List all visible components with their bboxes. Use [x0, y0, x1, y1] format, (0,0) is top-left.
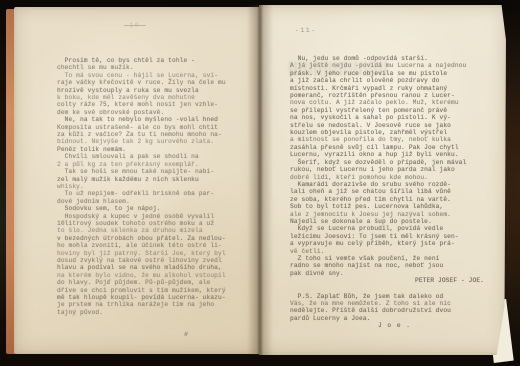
text-line: místnosti. Krčmáři vypadl z ruky ohmatan…	[290, 85, 498, 92]
text-line: dříve se chci promluvit s tím mužíkem, k…	[57, 287, 253, 294]
text-line: rukou, neboť Lucernu i jeho parda znal j…	[290, 166, 498, 173]
text-line: raje váčky křečovitě v ruce. Žíly na čel…	[57, 79, 253, 86]
left-page-body: Prosím tě, co bys chtěl za tohle -checht…	[57, 57, 253, 316]
text-line: Vás, že na mne nemůžete. Z toho si ale n…	[290, 300, 498, 307]
author-signature: PETER JOSEF - JOE.	[290, 277, 498, 284]
text-line: pak divné sny.	[290, 270, 498, 277]
postscript: P.S. Zaplať Bůh, že jsem tak daleko odVá…	[290, 293, 498, 323]
text-line: Z toho si vemte však poučení, že není	[290, 255, 498, 262]
text-line: a místnost se ponořila do tmy, neboť kul…	[290, 136, 498, 143]
text-line: Sob to byl totiž pes. Lucernova lahůdka,	[290, 203, 498, 210]
text-line: tajný původ.	[57, 309, 253, 316]
text-line: colty ráže 75, které mohl nosit jen vzhl…	[57, 101, 253, 108]
closing-signature: J o e .	[290, 322, 498, 329]
text-line: 2 a půl kg za ten překrásný exemplář.	[57, 161, 253, 168]
right-page-body: Nu, jedu se domů -odpovídá starší.A já j…	[290, 55, 498, 277]
text-line: ležícímu Joesovi: To jsem ti měl krásný …	[290, 233, 498, 240]
text-line: to šlo. Jedna sklenka za druhou mizela	[57, 227, 253, 234]
left-page: -10- Prosím tě, co bys chtěl za tohle -c…	[14, 7, 259, 354]
text-line: dové jedním hlasem.	[57, 198, 253, 205]
text-line: hrozivě vystouply a ruka se mu svezla	[57, 87, 253, 94]
text-line: A já ještě nejdu -povídá mu Lucerna a na…	[290, 62, 498, 69]
text-line: chechtl se mu mužík.	[57, 64, 253, 71]
text-line: na nos, vyskočil a sahal po pistoli. K v…	[290, 114, 498, 121]
text-line: nedělejte. Příště další dobrodružství dv…	[290, 307, 498, 314]
text-line: zasáhla přesně svůj cíl lampu. Pak Joe c…	[290, 144, 498, 151]
left-page-number: -10-	[124, 22, 146, 29]
text-line: Šerif, když se dozvěděl o případě, jen m…	[290, 159, 498, 166]
text-line: se přilepil vystřelený ten pomeranč práv…	[290, 107, 498, 114]
text-line: P.S. Zaplať Bůh, že jsem tak daleko od	[290, 293, 498, 300]
text-line: Najedli se dokonale a šup do postele.	[290, 218, 498, 225]
left-page-text: Prosím tě, co bys chtěl za tohle -checht…	[57, 57, 253, 340]
section-end-mark: #	[57, 332, 253, 339]
text-line: ale z jemnocitu k Joesu jej nazýval sobe…	[290, 211, 498, 218]
text-line: Ne, na tak to nebylo myšleno -volal hned	[57, 116, 253, 123]
text-line: radno se mnoho najíst na noc, neboť jsou	[290, 262, 498, 269]
text-line: Chvíli smlouvali a pak se shodli na	[57, 153, 253, 160]
text-line: ho mohla zvoniti, ale účinek této ostré …	[57, 242, 253, 249]
text-line: a již začala chrlit olověné pozdravy do	[290, 77, 498, 84]
right-page: -11- Nu, jedu se domů -odpovídá starší.A…	[259, 5, 506, 355]
text-line: střelu se nedostal. V Joesově ruce se ja…	[290, 122, 498, 129]
text-line: Nu, jedu se domů -odpovídá starší.	[290, 55, 498, 62]
photographed-book-spread: -10- Prosím tě, co bys chtěl za tohle -c…	[0, 0, 520, 366]
text-line: hoviny byl již patrný. Starší Joe, který…	[57, 250, 253, 257]
text-line: Komposita ustrašeně- ale co bys mohl cht…	[57, 124, 253, 131]
text-line: Lucernu, vyrazili okno a hup již byli ve…	[290, 151, 498, 158]
right-page-number: -11-	[295, 27, 317, 34]
text-line: ze soba, kterého před tím chytli na vart…	[290, 196, 498, 203]
text-line: Tak se hoši se mnou také napijte- nabí-	[57, 168, 253, 175]
text-line: Když se Lucerna probudil, povídá vedle	[290, 225, 498, 232]
text-line: je prstem na trhlíka narážeje tím na jeh…	[57, 301, 253, 308]
right-page-text: Nu, jedu se domů -odpovídá starší.A já j…	[290, 55, 498, 330]
text-line: prásk. V jeho ruce objevila se mu pistol…	[290, 70, 498, 77]
text-line: Sodovku sem, to je nápoj.	[57, 205, 253, 212]
text-line: do hlavy. Pojď půjdem. Pů-pů-půjdem, ale	[57, 279, 253, 286]
text-line: pomeranč, roztříštěn přesnou ranou z Luc…	[290, 92, 498, 99]
text-line: dobré lidi, kteří pomohou kde mohou.	[290, 174, 498, 181]
text-line: vě četli.	[290, 248, 498, 255]
text-line: Hospodský a kupec v jedné osobě vyvalil	[57, 213, 253, 220]
text-line: zel malý mužík každému z nich sklenku	[57, 176, 253, 183]
text-line: To už nepijem- odřekli briskně oba par-	[57, 190, 253, 197]
text-line: kouzlem objevila pistole, zahřměl výstře…	[290, 129, 498, 136]
text-line: lali oheň a již se chatou šířila libá vů…	[290, 188, 498, 195]
text-line: a vypravuje mu celý příběh, který jste p…	[290, 240, 498, 247]
text-line: hlavu a podíval se na svého mladšího dru…	[57, 264, 253, 271]
text-line: pardů Lucerny a Joea.	[290, 315, 498, 322]
text-line: nova coltu. A již začalo peklo. Muž, kte…	[290, 99, 498, 106]
text-line: bídnout. Nejvýše tak 2 kg surového zlata…	[57, 138, 253, 145]
